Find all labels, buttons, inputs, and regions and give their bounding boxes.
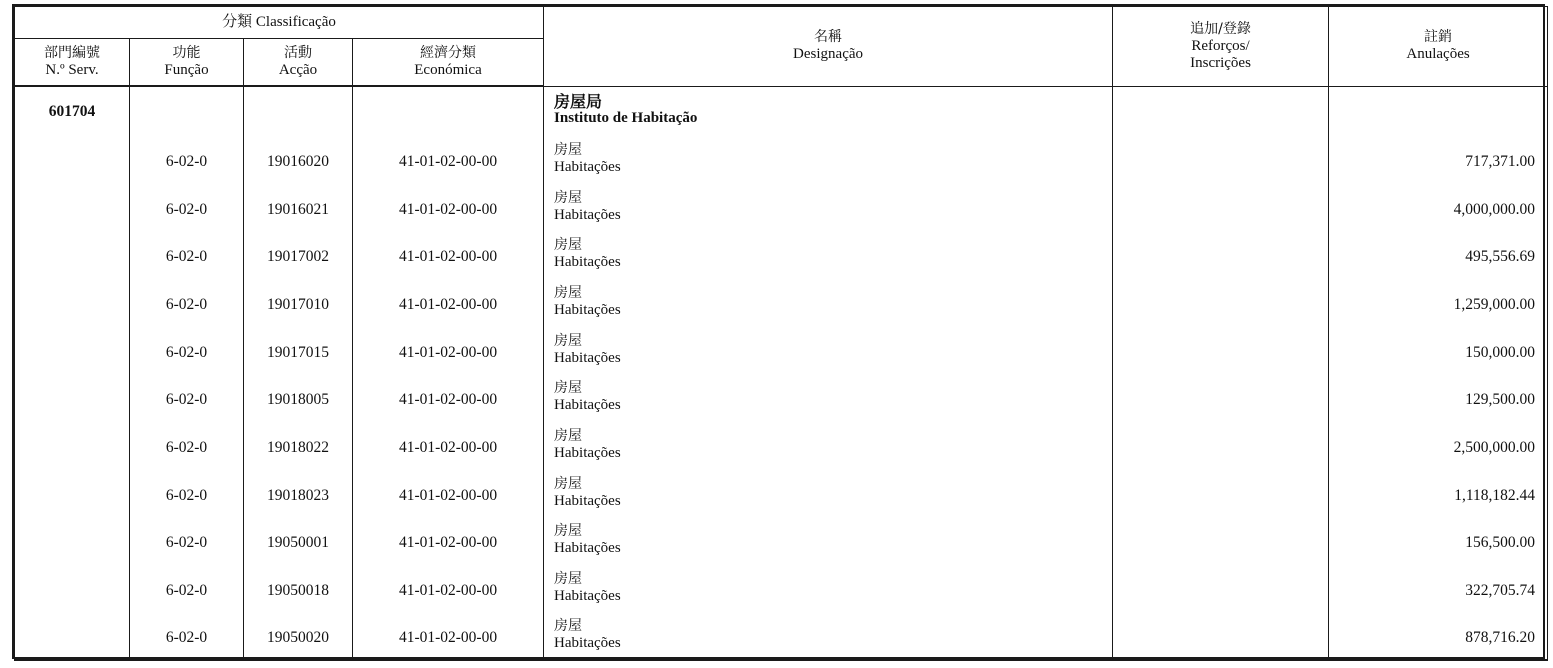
function-cell: 6-02-0 (130, 517, 244, 565)
function-cell: 6-02-0 (130, 230, 244, 278)
organization-name-pt: Instituto de Habitação (554, 110, 1112, 127)
designation-pt: Habitações (554, 207, 1112, 224)
service-header-pt: N.º Serv. (15, 62, 129, 79)
function-cell: 6-02-0 (130, 326, 244, 374)
service-cell (15, 230, 130, 278)
budget-table: 分類 Classificação 名稱 Designação 追加/登錄 Ref… (14, 6, 1548, 661)
function-cell: 6-02-0 (130, 469, 244, 517)
economic-header: 經濟分類 Económica (353, 39, 544, 87)
cancellations-header-zh: 註銷 (1329, 29, 1547, 46)
function-cell: 6-02-0 (130, 373, 244, 421)
action-cell: 19018023 (244, 469, 353, 517)
table-row: 6-02-01901802241-01-02-00-00房屋Habitações… (15, 421, 1548, 469)
action-cell: 19016021 (244, 183, 353, 231)
economic-cell: 41-01-02-00-00 (353, 135, 544, 183)
service-cell (15, 183, 130, 231)
designation-pt: Habitações (554, 493, 1112, 510)
economic-header-pt: Económica (353, 62, 543, 79)
designation-zh: 房屋 (554, 618, 1112, 635)
designation-pt: Habitações (554, 302, 1112, 319)
cancellations-cell: 2,500,000.00 (1329, 421, 1548, 469)
budget-table-container: 分類 Classificação 名稱 Designação 追加/登錄 Ref… (12, 4, 1545, 659)
designation-header-pt: Designação (544, 46, 1112, 63)
table-row: 6-02-01901602141-01-02-00-00房屋Habitações… (15, 183, 1548, 231)
cancellations-cell: 150,000.00 (1329, 326, 1548, 374)
designation-pt: Habitações (554, 159, 1112, 176)
designation-zh: 房屋 (554, 380, 1112, 397)
action-cell: 19050001 (244, 517, 353, 565)
empty-cell (244, 86, 353, 135)
designation-zh: 房屋 (554, 285, 1112, 302)
designation-cell: 房屋Habitações (544, 230, 1113, 278)
function-cell: 6-02-0 (130, 421, 244, 469)
cancellations-cell: 129,500.00 (1329, 373, 1548, 421)
designation-zh: 房屋 (554, 142, 1112, 159)
economic-cell: 41-01-02-00-00 (353, 230, 544, 278)
designation-cell: 房屋Habitações (544, 564, 1113, 612)
designation-pt: Habitações (554, 350, 1112, 367)
function-header-pt: Função (130, 62, 243, 79)
reinforcements-cell (1113, 183, 1329, 231)
service-cell (15, 373, 130, 421)
reinforcements-header-zh: 追加/登錄 (1113, 21, 1328, 38)
action-header: 活動 Acção (244, 39, 353, 87)
service-cell (15, 564, 130, 612)
designation-zh: 房屋 (554, 190, 1112, 207)
table-row: 6-02-01901800541-01-02-00-00房屋Habitações… (15, 373, 1548, 421)
designation-pt: Habitações (554, 588, 1112, 605)
function-cell: 6-02-0 (130, 612, 244, 660)
reinforcements-cell (1113, 326, 1329, 374)
organization-code: 601704 (15, 86, 130, 135)
reinforcements-cell (1113, 421, 1329, 469)
reinforcements-header-pt2: Inscrições (1113, 55, 1328, 72)
service-cell (15, 517, 130, 565)
service-header: 部門編號 N.º Serv. (15, 39, 130, 87)
designation-zh: 房屋 (554, 428, 1112, 445)
reinforcements-cell (1113, 517, 1329, 565)
designation-cell: 房屋Habitações (544, 326, 1113, 374)
cancellations-cell: 878,716.20 (1329, 612, 1548, 660)
function-header: 功能 Função (130, 39, 244, 87)
designation-zh: 房屋 (554, 333, 1112, 350)
service-cell (15, 421, 130, 469)
classification-header: 分類 Classificação (15, 7, 544, 39)
empty-cell (1113, 86, 1329, 135)
designation-pt: Habitações (554, 445, 1112, 462)
reinforcements-header-pt1: Reforços/ (1113, 38, 1328, 55)
cancellations-cell: 322,705.74 (1329, 564, 1548, 612)
economic-cell: 41-01-02-00-00 (353, 564, 544, 612)
action-cell: 19016020 (244, 135, 353, 183)
designation-zh: 房屋 (554, 571, 1112, 588)
action-cell: 19050020 (244, 612, 353, 660)
designation-pt: Habitações (554, 540, 1112, 557)
action-cell: 19017010 (244, 278, 353, 326)
designation-header: 名稱 Designação (544, 7, 1113, 87)
economic-cell: 41-01-02-00-00 (353, 278, 544, 326)
designation-pt: Habitações (554, 254, 1112, 271)
organization-name-zh: 房屋局 (554, 93, 1112, 110)
economic-cell: 41-01-02-00-00 (353, 326, 544, 374)
function-header-zh: 功能 (130, 45, 243, 62)
service-cell (15, 469, 130, 517)
designation-cell: 房屋Habitações (544, 183, 1113, 231)
organization-row: 601704 房屋局 Instituto de Habitação (15, 86, 1548, 135)
service-cell (15, 135, 130, 183)
reinforcements-cell (1113, 278, 1329, 326)
designation-zh: 房屋 (554, 237, 1112, 254)
action-header-pt: Acção (244, 62, 352, 79)
empty-cell (353, 86, 544, 135)
designation-cell: 房屋Habitações (544, 421, 1113, 469)
cancellations-cell: 1,118,182.44 (1329, 469, 1548, 517)
table-row: 6-02-01901700241-01-02-00-00房屋Habitações… (15, 230, 1548, 278)
action-header-zh: 活動 (244, 45, 352, 62)
designation-cell: 房屋Habitações (544, 612, 1113, 660)
action-cell: 19018005 (244, 373, 353, 421)
reinforcements-cell (1113, 230, 1329, 278)
table-row: 6-02-01905000141-01-02-00-00房屋Habitações… (15, 517, 1548, 565)
designation-cell: 房屋Habitações (544, 373, 1113, 421)
table-row: 6-02-01901802341-01-02-00-00房屋Habitações… (15, 469, 1548, 517)
function-cell: 6-02-0 (130, 278, 244, 326)
designation-zh: 房屋 (554, 523, 1112, 540)
action-cell: 19050018 (244, 564, 353, 612)
designation-cell: 房屋Habitações (544, 278, 1113, 326)
reinforcements-cell (1113, 564, 1329, 612)
cancellations-header: 註銷 Anulações (1329, 7, 1548, 87)
reinforcements-cell (1113, 469, 1329, 517)
table-row: 6-02-01901701541-01-02-00-00房屋Habitações… (15, 326, 1548, 374)
reinforcements-header: 追加/登錄 Reforços/ Inscrições (1113, 7, 1329, 87)
designation-pt: Habitações (554, 397, 1112, 414)
table-row: 6-02-01905002041-01-02-00-00房屋Habitações… (15, 612, 1548, 660)
function-cell: 6-02-0 (130, 564, 244, 612)
cancellations-cell: 1,259,000.00 (1329, 278, 1548, 326)
economic-cell: 41-01-02-00-00 (353, 469, 544, 517)
cancellations-cell: 717,371.00 (1329, 135, 1548, 183)
action-cell: 19018022 (244, 421, 353, 469)
organization-name: 房屋局 Instituto de Habitação (544, 86, 1113, 135)
action-cell: 19017015 (244, 326, 353, 374)
economic-cell: 41-01-02-00-00 (353, 612, 544, 660)
empty-cell (1329, 86, 1548, 135)
function-cell: 6-02-0 (130, 183, 244, 231)
service-header-zh: 部門編號 (15, 45, 129, 62)
economic-cell: 41-01-02-00-00 (353, 517, 544, 565)
cancellations-cell: 4,000,000.00 (1329, 183, 1548, 231)
reinforcements-cell (1113, 373, 1329, 421)
service-cell (15, 326, 130, 374)
designation-cell: 房屋Habitações (544, 135, 1113, 183)
economic-cell: 41-01-02-00-00 (353, 421, 544, 469)
economic-cell: 41-01-02-00-00 (353, 373, 544, 421)
reinforcements-cell (1113, 612, 1329, 660)
designation-header-zh: 名稱 (544, 29, 1112, 46)
reinforcements-cell (1113, 135, 1329, 183)
table-row: 6-02-01905001841-01-02-00-00房屋Habitações… (15, 564, 1548, 612)
cancellations-header-pt: Anulações (1329, 46, 1547, 63)
designation-zh: 房屋 (554, 476, 1112, 493)
empty-cell (130, 86, 244, 135)
cancellations-cell: 156,500.00 (1329, 517, 1548, 565)
table-row: 6-02-01901602041-01-02-00-00房屋Habitações… (15, 135, 1548, 183)
economic-header-zh: 經濟分類 (353, 45, 543, 62)
designation-cell: 房屋Habitações (544, 517, 1113, 565)
designation-cell: 房屋Habitações (544, 469, 1113, 517)
table-row: 6-02-01901701041-01-02-00-00房屋Habitações… (15, 278, 1548, 326)
service-cell (15, 278, 130, 326)
cancellations-cell: 495,556.69 (1329, 230, 1548, 278)
action-cell: 19017002 (244, 230, 353, 278)
function-cell: 6-02-0 (130, 135, 244, 183)
designation-pt: Habitações (554, 635, 1112, 652)
economic-cell: 41-01-02-00-00 (353, 183, 544, 231)
service-cell (15, 612, 130, 660)
